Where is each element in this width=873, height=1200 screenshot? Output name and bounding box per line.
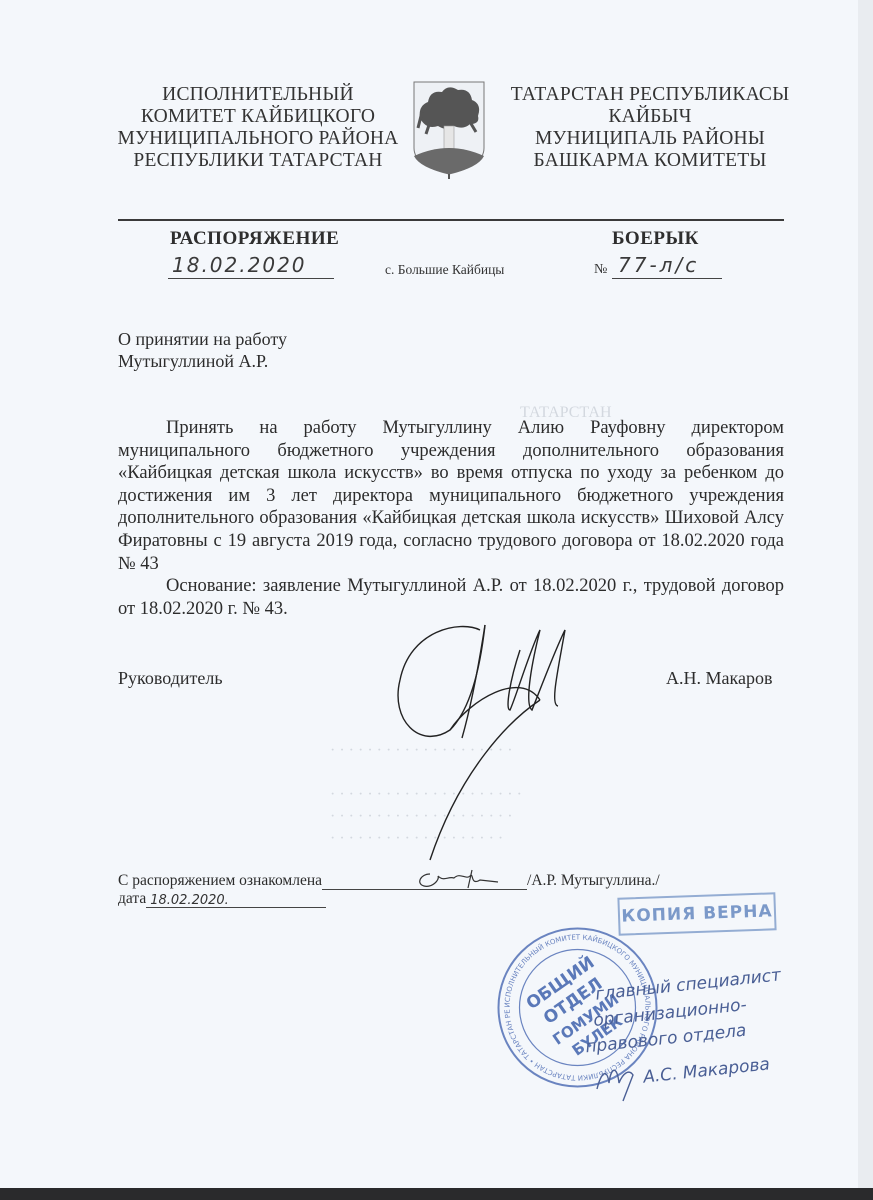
scanner-strip [0,1188,873,1200]
subject-line: О принятии на работу [118,328,287,350]
document-subject: О принятии на работу Мутыгуллиной А.Р. [118,328,287,372]
coat-of-arms-icon [408,78,490,180]
document-number-label: № [594,262,607,278]
document-type-russian: РАСПОРЯЖЕНИЕ [170,228,339,250]
bleed-through-text: · · · · · · · · · · · · · · · · · · · · [330,742,513,760]
bleed-through-text: · · · · · · · · · · · · · · · · · · · [330,830,503,848]
signer-name: А.Н. Макаров [666,668,772,689]
acknowledgement-name: /А.Р. Мутыгуллина./ [527,872,660,889]
header-left-line: КОМИТЕТ КАЙБИЦКОГО [108,106,408,128]
bleed-through-text: · · · · · · · · · · · · · · · · · · · · [330,808,513,826]
certification-note: главный специалист организационно- право… [585,975,825,1105]
header-left-line: МУНИЦИПАЛЬНОГО РАЙОНА [108,128,408,150]
acknowledgement-date-field: 18.02.2020. [146,892,326,908]
header-right-line: ТАТАРСТАН РЕСПУБЛИКАСЫ [500,84,800,106]
header-right-line: МУНИЦИПАЛЬ РАЙОНЫ [500,128,800,150]
header-right-line: БАШКАРМА КОМИТЕТЫ [500,150,800,172]
certifier-signature-icon [593,1053,645,1103]
subject-line: Мутыгуллиной А.Р. [118,350,287,372]
header-divider [118,219,784,221]
employee-signature-icon [410,866,500,892]
document-date-field: 18.02.2020 [168,253,334,279]
acknowledgement-date-label: дата [118,890,146,907]
document-type-tatar: БОЕРЫК [612,228,699,250]
document-body: Принять на работу Мутыгуллину Алию Рауфо… [118,417,784,620]
body-paragraph-order: Принять на работу Мутыгуллину Алию Рауфо… [118,417,784,575]
acknowledgement-block: С распоряжением ознакомлена/А.Р. Мутыгул… [118,872,660,908]
bleed-through-text: · · · · · · · · · · · · · · · · · · · · … [330,786,522,804]
signer-role: Руководитель [118,668,223,689]
scanner-edge [858,0,873,1188]
acknowledgement-label: С распоряжением ознакомлена [118,872,322,889]
header-right-tatar: ТАТАРСТАН РЕСПУБЛИКАСЫ КАЙБЫЧ МУНИЦИПАЛЬ… [500,84,800,172]
certification-signer: А.С. Макарова [642,1054,771,1087]
header-left-russian: ИСПОЛНИТЕЛЬНЫЙ КОМИТЕТ КАЙБИЦКОГО МУНИЦИ… [108,84,408,172]
header-right-line: КАЙБЫЧ [500,106,800,128]
header-left-line: ИСПОЛНИТЕЛЬНЫЙ [108,84,408,106]
document-place: с. Большие Кайбицы [385,262,504,278]
document-number-field: 77-л/с [612,253,722,279]
header-left-line: РЕСПУБЛИКИ ТАТАРСТАН [108,150,408,172]
